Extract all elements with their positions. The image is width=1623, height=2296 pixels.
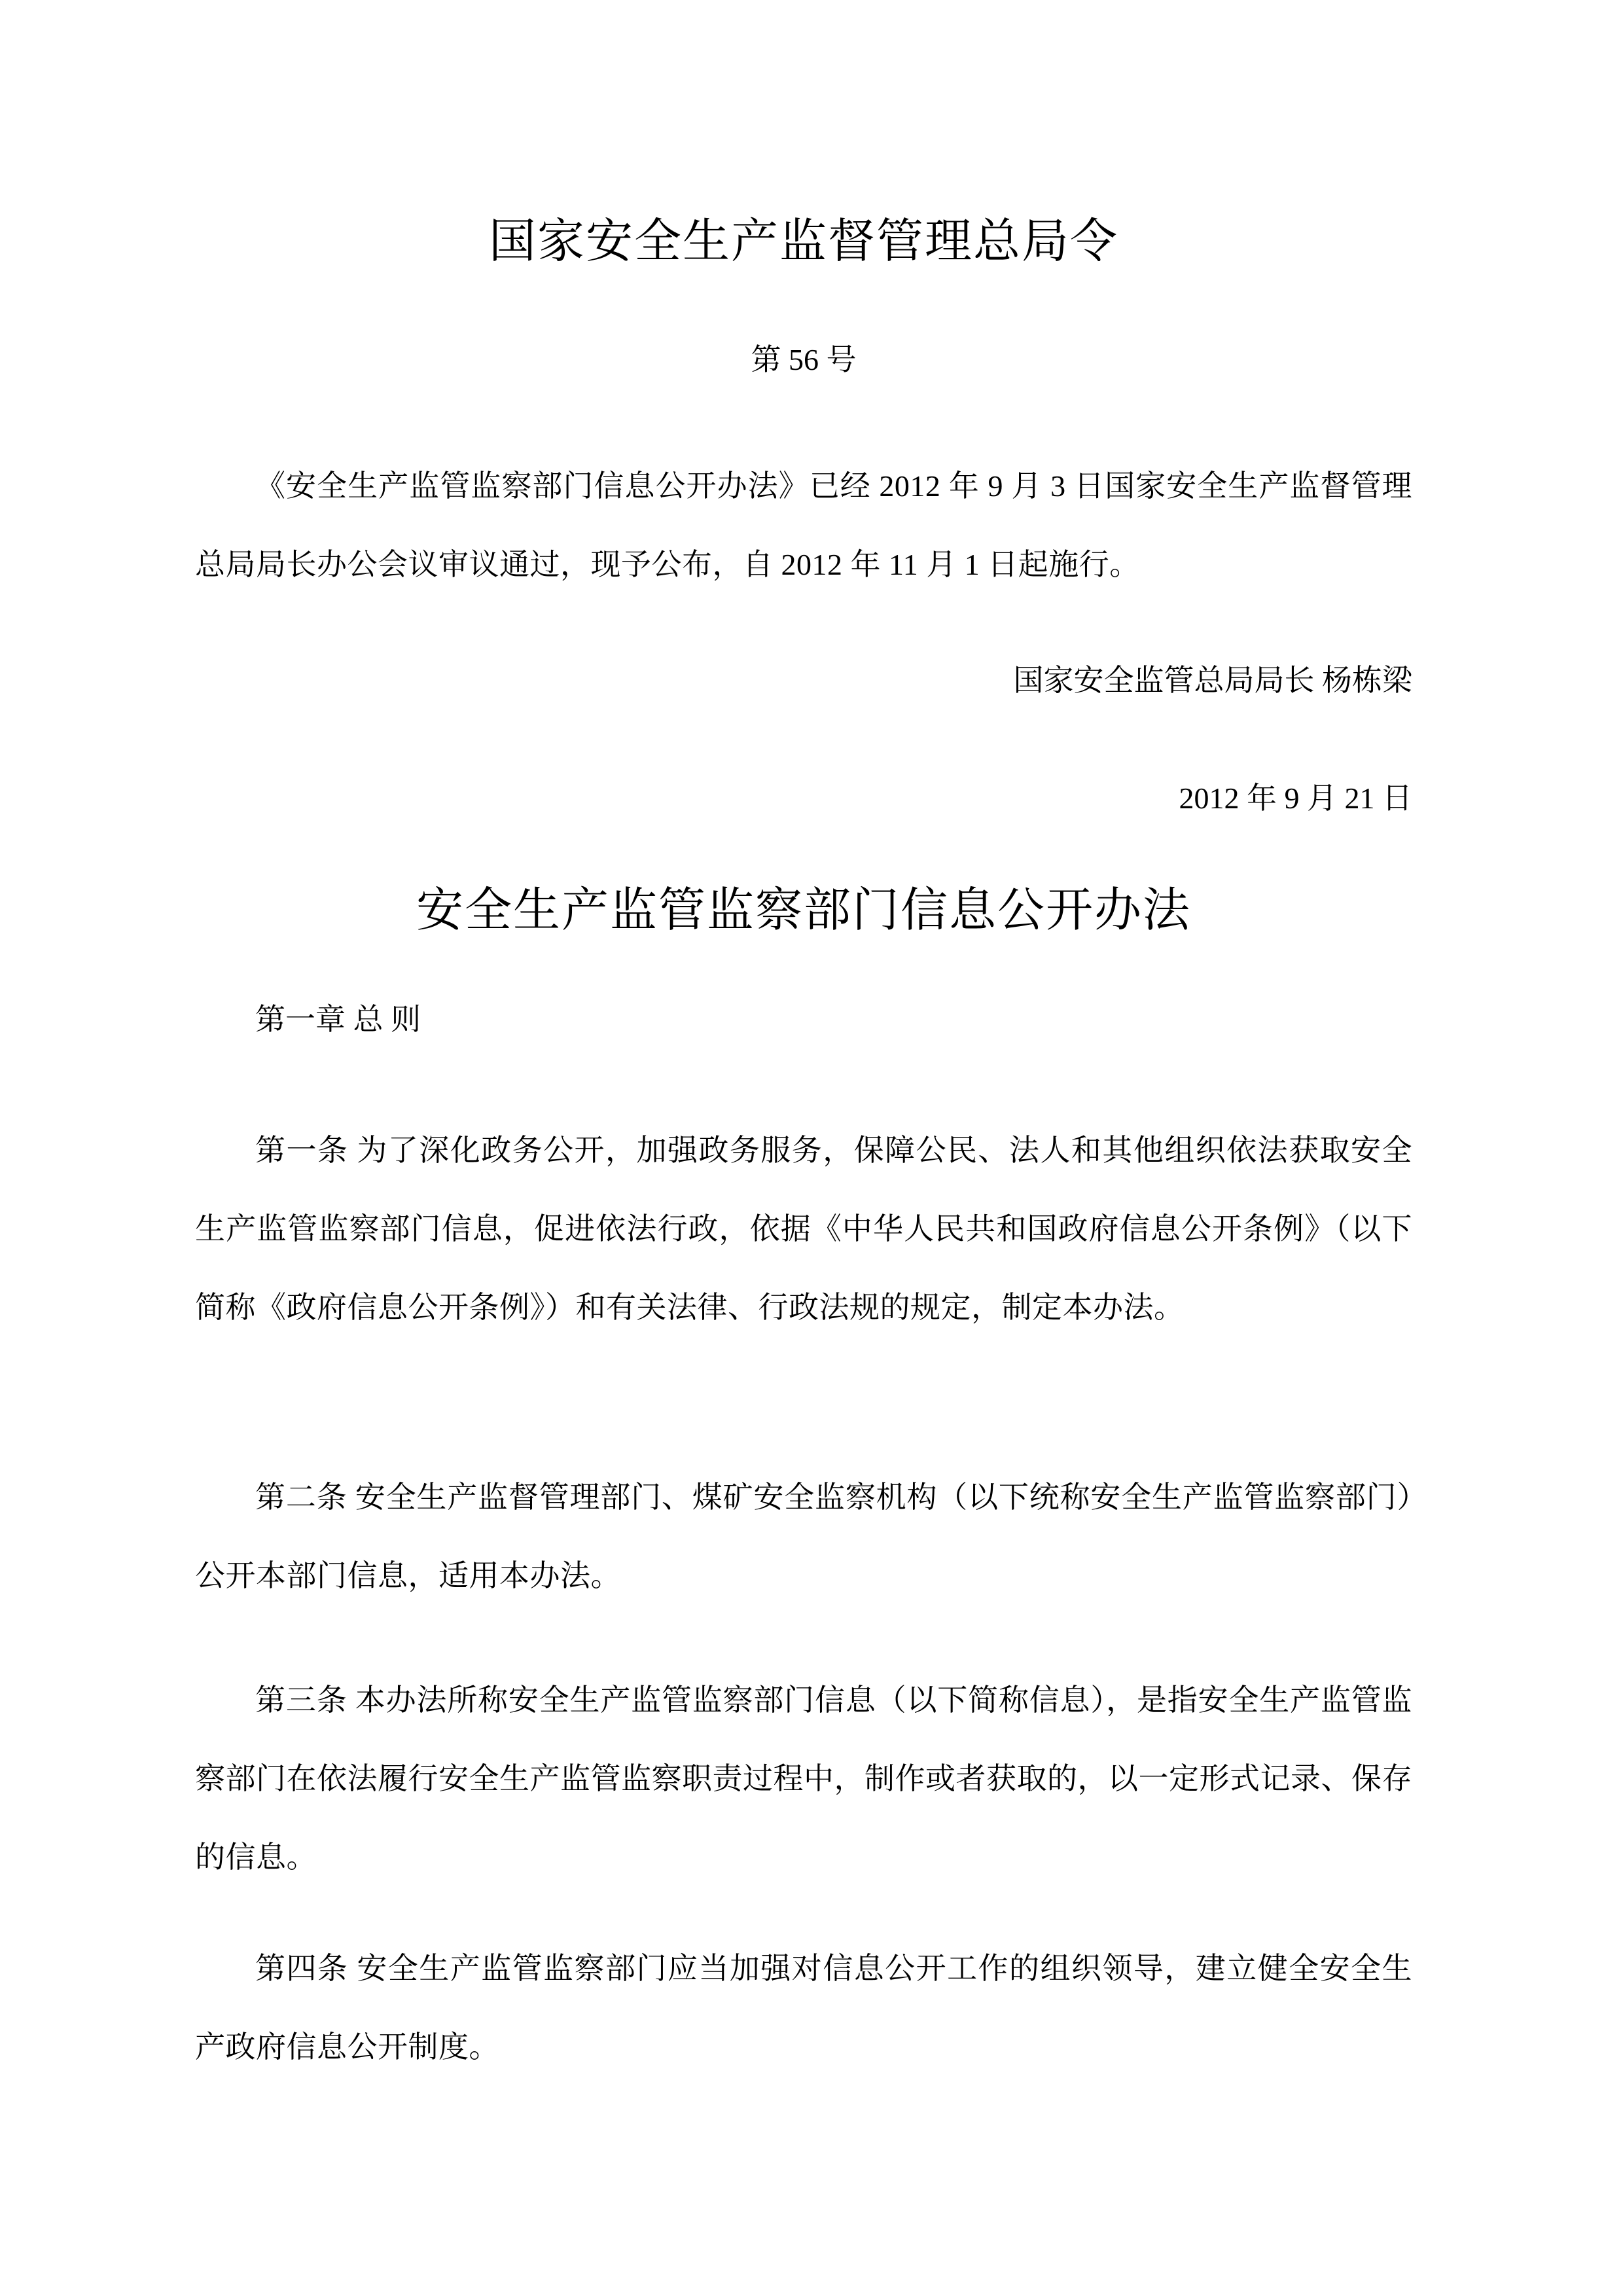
signatory: 国家安全监管总局局长 杨栋梁 (1014, 661, 1413, 700)
signing-date: 2012 年 9 月 21 日 (1179, 779, 1413, 818)
chapter-heading: 第一章 总 则 (255, 1000, 421, 1039)
promulgation-paragraph: 《安全生产监管监察部门信息公开办法》已经 2012 年 9 月 3 日国家安全生… (195, 447, 1412, 604)
regulation-title: 安全生产监管监察部门信息公开办法 (195, 877, 1412, 942)
article-3: 第三条 本办法所称安全生产监管监察部门信息（以下简称信息），是指安全生产监管监察… (195, 1661, 1412, 1897)
article-2: 第二条 安全生产监督管理部门、煤矿安全监察机构（以下统称安全生产监管监察部门）公… (195, 1458, 1412, 1615)
decree-number: 第 56 号 (195, 340, 1412, 380)
article-4: 第四条 安全生产监管监察部门应当加强对信息公开工作的组织领导，建立健全安全生产政… (195, 1929, 1412, 2087)
article-1: 第一条 为了深化政务公开，加强政务服务，保障公民、法人和其他组织依法获取安全生产… (195, 1111, 1412, 1347)
decree-title: 国家安全生产监督管理总局令 (195, 208, 1412, 274)
